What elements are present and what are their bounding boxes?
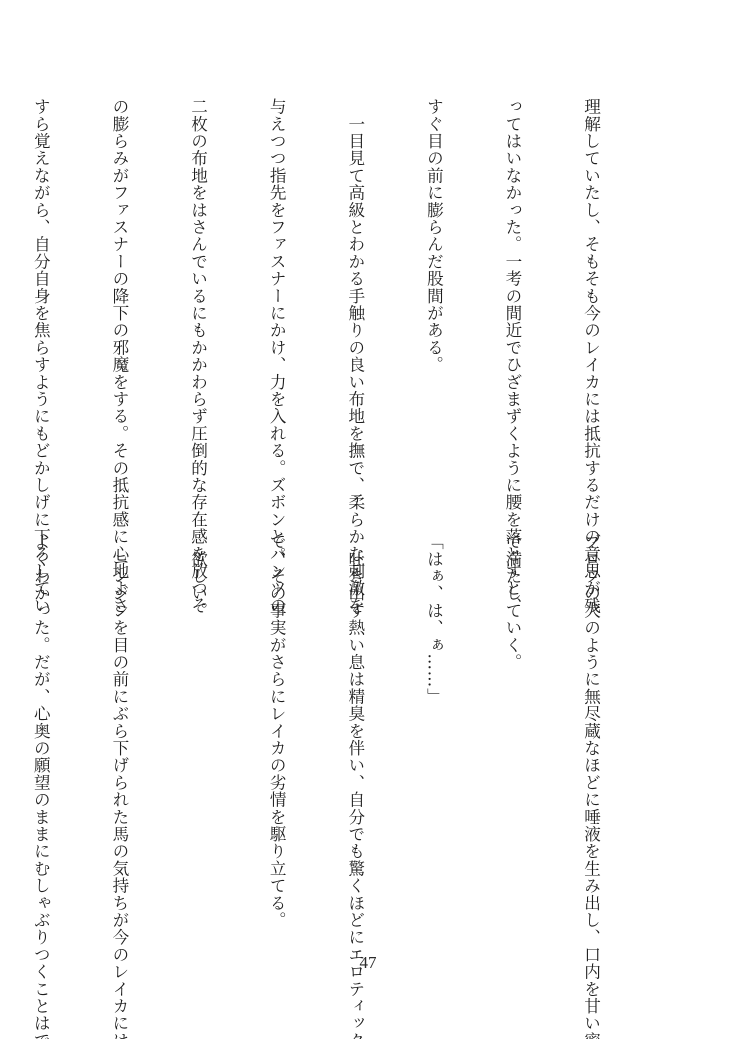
text-line: 一目見て高級とわかる手触りの良い布地を撫で、柔らかな刺激を — [342, 98, 368, 503]
text-line: よくわかった。だが、心奥の願望のままにむしゃぶりつくことはで — [27, 533, 53, 938]
text-line: 「はぁ、は、ぁ……」 — [420, 533, 446, 938]
text-block-top: 理解していたし、そもそも今のレイカには抵抗するだけの意思が残 ってはいなかった。… — [0, 98, 656, 503]
text-line: すら覚えながら、自分自身を焦らすようにもどかしげに下ろしてい — [27, 98, 53, 503]
text-line: 与えつつ指先をファスナーにかけ、力を入れる。ズボンとパンツの — [263, 98, 289, 503]
book-page: 理解していたし、そもそも今のレイカには抵抗するだけの意思が残 ってはいなかった。… — [0, 0, 736, 1039]
text-block-bottom: ブロフの犬のように無尽蔵なほどに唾液を生み出し、口内を甘い蜜 で満たしていく。 … — [0, 533, 656, 938]
text-line: 理解していたし、そもそも今のレイカには抵抗するだけの意思が残 — [577, 98, 603, 503]
text-line: 二枚の布地をはさんでいるにもかかわらず圧倒的な存在感を放つそ — [184, 98, 210, 503]
text-line: 欲しい。 — [184, 533, 210, 938]
text-line: すぐ目の前に膨らんだ股間がある。 — [420, 98, 446, 503]
text-line: の膨らみがファスナーの降下の邪魔をする。その抵抗感に心地よさ — [106, 98, 132, 503]
text-line: 吐き出す熱い息は精臭を伴い、自分でも驚くほどにエロティック — [342, 533, 368, 938]
page-number: 47 — [0, 953, 736, 973]
text-line: ニンジンを目の前にぶら下げられた馬の気持ちが今のレイカには — [106, 533, 132, 938]
text-line: ブロフの犬のように無尽蔵なほどに唾液を生み出し、口内を甘い蜜 — [577, 533, 603, 938]
text-line: で満たしていく。 — [499, 533, 525, 938]
text-line: ってはいなかった。一考の間近でひざまずくように腰を落とすと、 — [499, 98, 525, 503]
text-line: で、その事実がさらにレイカの劣情を駆り立てる。 — [263, 533, 289, 938]
